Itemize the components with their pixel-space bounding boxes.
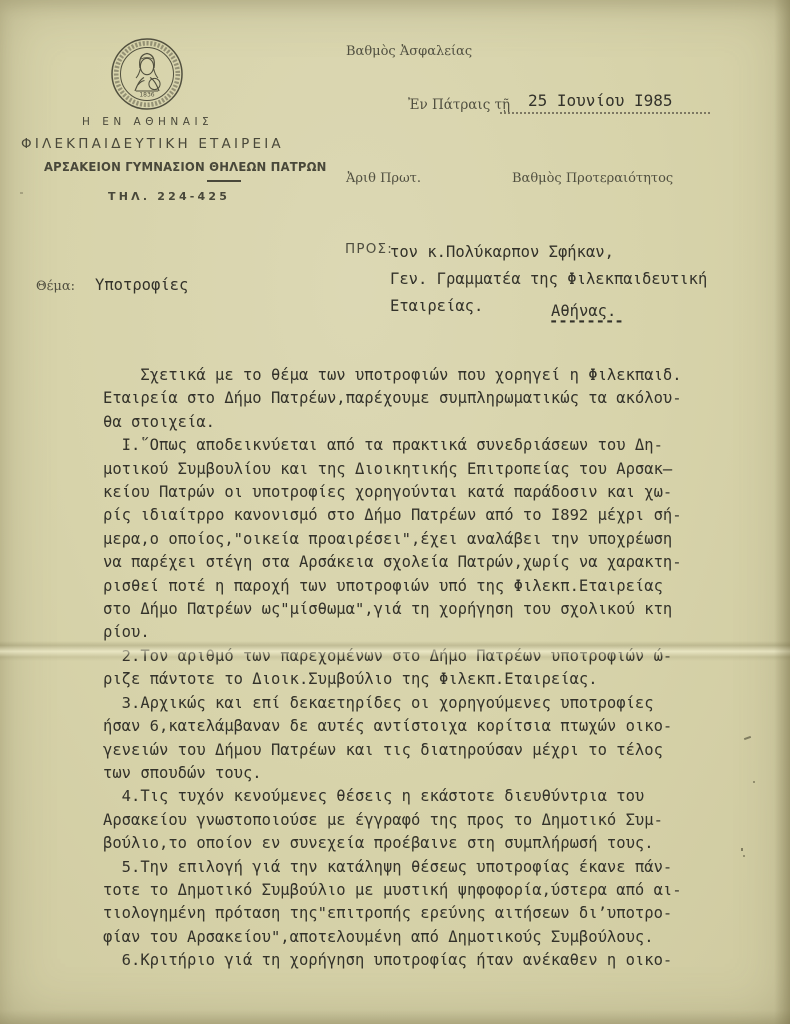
paper-speck <box>753 781 755 783</box>
letterhead-phone: ΤΗΛ. 224-425 <box>108 190 230 203</box>
protocol-number-label: Ἀριθ Πρωτ. <box>346 171 421 186</box>
paper-speck <box>126 444 129 446</box>
paper-speck <box>20 192 23 194</box>
subject-value: Υποτροφίες <box>95 276 188 294</box>
letterhead-divider <box>207 180 241 182</box>
paper-speck <box>741 848 743 851</box>
letterhead-line1: Η ΕΝ ΑΘΗΝΑΙΣ <box>82 116 213 128</box>
place-date-label: Ἐν Πάτραις τῇ <box>408 97 510 113</box>
letter-body-text: Σχετικά με το θέμα των υποτροφιών που χο… <box>103 364 682 973</box>
seal-year: 1836 <box>139 92 154 99</box>
scanned-letter-page: 1836 Η ΕΝ ΑΘΗΝΑΙΣ ΦΙΛΕΚΠΑΙΔΕΥΤΙΚΗ ΕΤΑΙΡΕ… <box>0 0 790 1024</box>
paper-speck <box>744 736 751 740</box>
recipient-address: τον κ.Πολύκαρπον Σφήκαν, Γεν. Γραμματέα … <box>390 239 707 320</box>
letterhead-line3: ΑΡΣΑΚΕΙΟΝ ΓΥΜΝΑΣΙΟΝ ΘΗΛΕΩΝ ΠΑΤΡΩΝ <box>44 159 327 174</box>
paper-fold-crease <box>0 641 790 661</box>
society-seal-icon: 1836 <box>109 35 185 113</box>
recipient-city-underline: -------- <box>549 312 624 330</box>
paper-right-edge-shadow <box>774 0 790 1024</box>
letterhead-line2: ΦΙΛΕΚΠΑΙΔΕΥΤΙΚΗ ΕΤΑΙΡΕΙΑ <box>21 136 284 152</box>
security-level-label: Βαθμὸς Ἀσφαλείας <box>346 44 472 59</box>
priority-level-label: Βαθμὸς Προτεραιότητος <box>512 171 673 186</box>
paper-bottom-edge-shadow <box>0 1010 790 1024</box>
recipient-to-label: ΠΡΟΣ: <box>345 241 393 257</box>
subject-label: Θέμα: <box>36 279 75 294</box>
date-value: 25 Ιουνίου Ι985 <box>528 91 673 110</box>
paper-speck <box>743 855 745 857</box>
